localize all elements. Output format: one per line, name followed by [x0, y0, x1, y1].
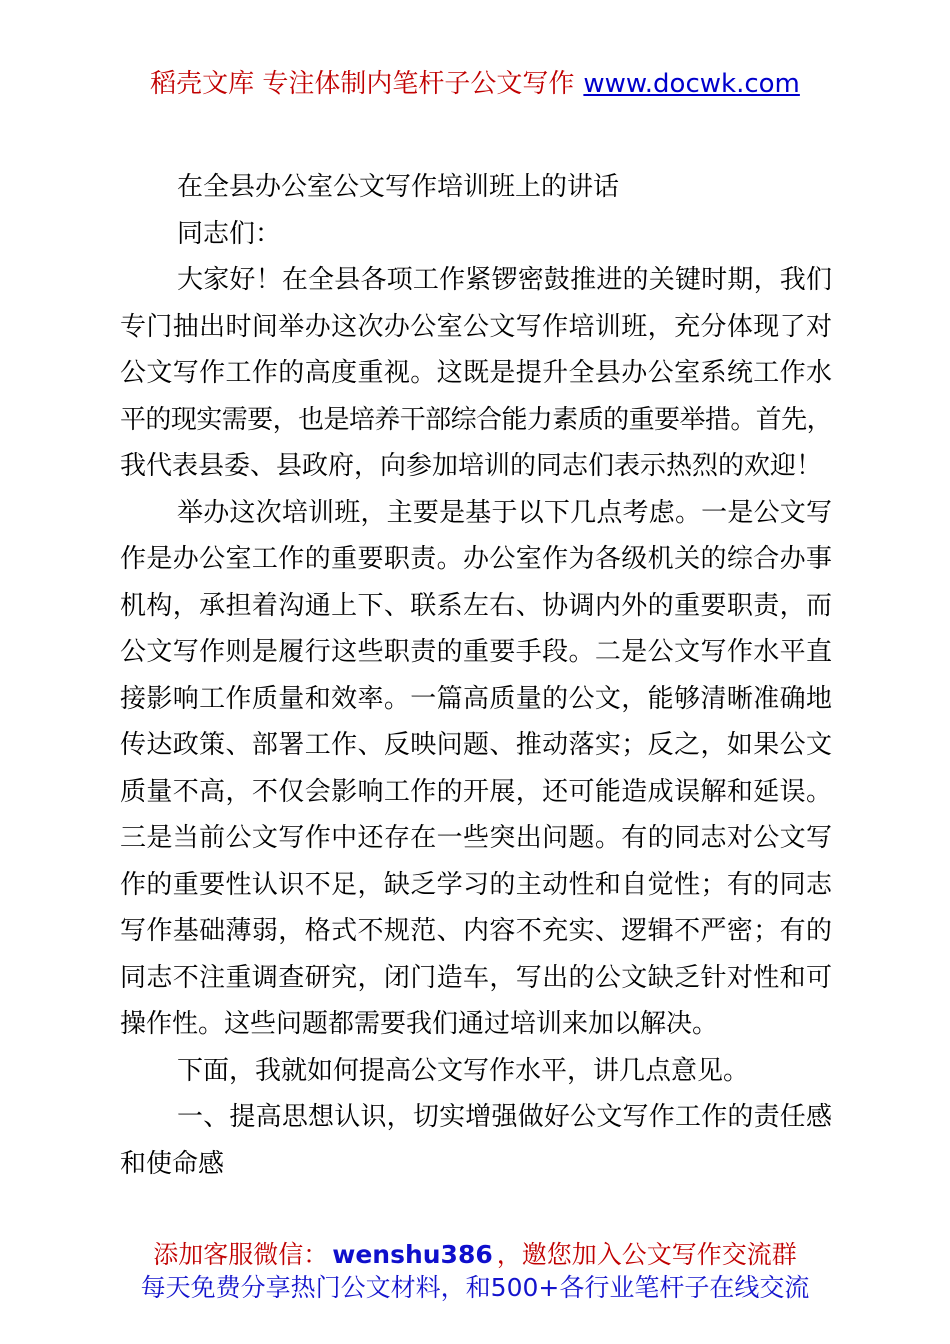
body-line: 质量不高，不仅会影响工作的开展，还可能造成误解和延误。: [120, 769, 832, 816]
body-line: 同志不注重调查研究，闭门造车，写出的公文缺乏针对性和可: [120, 955, 832, 1002]
body-line: 同志们：: [120, 211, 832, 258]
body-line: 传达政策、部署工作、反映问题、推动落实；反之，如果公文: [120, 722, 832, 769]
body-line: 三是当前公文写作中还存在一些突出问题。有的同志对公文写: [120, 815, 832, 862]
site-promo-footer: 添加客服微信：wenshu386，邀您加入公文写作交流群 每天免费分享热门公文材…: [0, 1238, 950, 1304]
body-line: 作的重要性认识不足，缺乏学习的主动性和自觉性；有的同志: [120, 862, 832, 909]
body-line: 写作基础薄弱，格式不规范、内容不充实、逻辑不严密；有的: [120, 908, 832, 955]
body-line: 和使命感: [120, 1141, 832, 1188]
document-page: 稻壳文库 专注体制内笔杆子公文写作www.docwk.com 在全县办公室公文写…: [0, 0, 950, 1344]
footer-line2: 每天免费分享热门公文材料，和500+各行业笔杆子在线交流: [0, 1271, 950, 1304]
body-line: 机构，承担着沟通上下、联系左右、协调内外的重要职责，而: [120, 583, 832, 630]
site-promo-header: 稻壳文库 专注体制内笔杆子公文写作www.docwk.com: [0, 64, 950, 104]
body-line: 作是办公室工作的重要职责。办公室作为各级机关的综合办事: [120, 536, 832, 583]
body-line: 举办这次培训班，主要是基于以下几点考虑。一是公文写: [120, 490, 832, 537]
body-line: 我代表县委、县政府，向参加培训的同志们表示热烈的欢迎！: [120, 443, 832, 490]
body-line: 平的现实需要，也是培养干部综合能力素质的重要举措。首先，: [120, 397, 832, 444]
document-body: 在全县办公室公文写作培训班上的讲话同志们：大家好！在全县各项工作紧锣密鼓推进的关…: [120, 164, 832, 1187]
body-line: 操作性。这些问题都需要我们通过培训来加以解决。: [120, 1001, 832, 1048]
body-line: 一、提高思想认识，切实增强做好公文写作工作的责任感: [120, 1094, 832, 1141]
body-line: 公文写作则是履行这些职责的重要手段。二是公文写作水平直: [120, 629, 832, 676]
body-line: 专门抽出时间举办这次办公室公文写作培训班，充分体现了对: [120, 304, 832, 351]
footer-line1: 添加客服微信：wenshu386，邀您加入公文写作交流群: [0, 1238, 950, 1271]
body-line: 大家好！在全县各项工作紧锣密鼓推进的关键时期，我们: [120, 257, 832, 304]
wechat-account: wenshu386: [328, 1240, 497, 1269]
body-line: 在全县办公室公文写作培训班上的讲话: [120, 164, 832, 211]
site-url-link[interactable]: www.docwk.com: [583, 69, 800, 99]
site-brand-text: 稻壳文库 专注体制内笔杆子公文写作: [150, 69, 574, 99]
footer-wechat-label: 添加客服微信：: [153, 1240, 328, 1269]
body-line: 接影响工作质量和效率。一篇高质量的公文，能够清晰准确地: [120, 676, 832, 723]
body-line: 公文写作工作的高度重视。这既是提升全县办公室系统工作水: [120, 350, 832, 397]
body-line: 下面，我就如何提高公文写作水平，讲几点意见。: [120, 1048, 832, 1095]
footer-line1-suffix: ，邀您加入公文写作交流群: [497, 1240, 797, 1269]
